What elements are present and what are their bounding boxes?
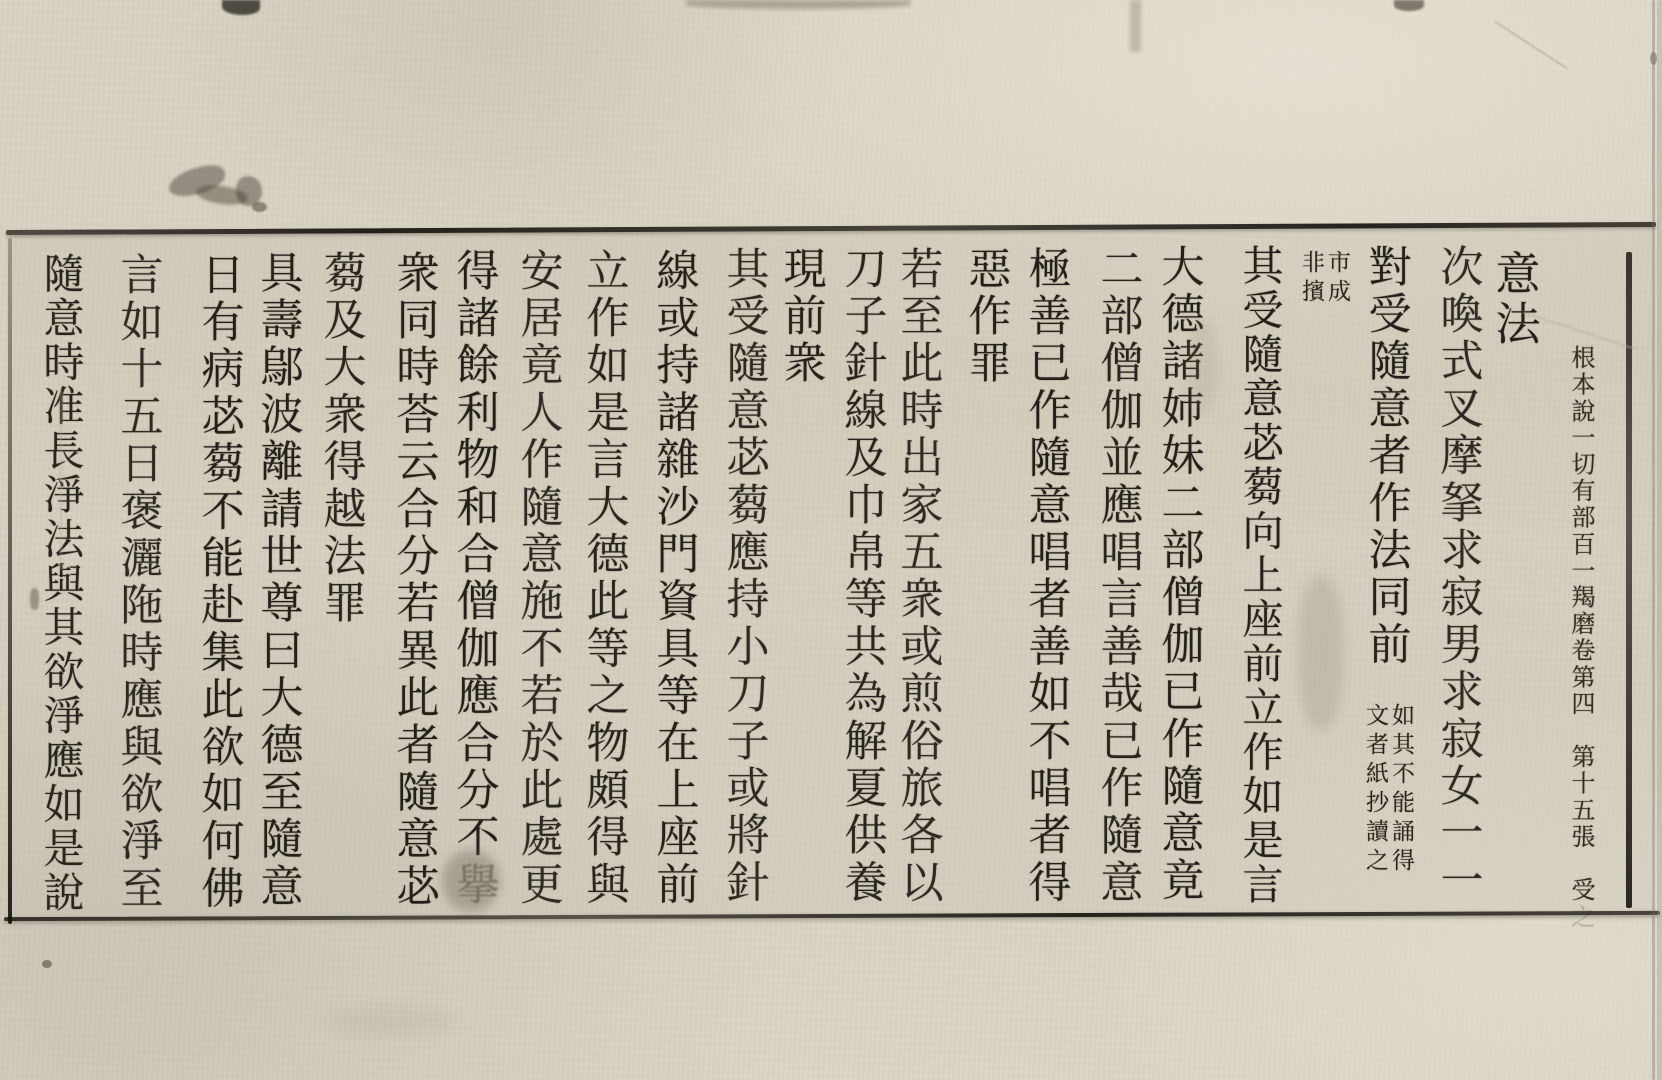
text-column-3: 對受隨意者作法同前 <box>1365 244 1408 669</box>
text-column-20: 蒭及大衆得越法罪 <box>320 250 363 628</box>
section-heading: 意法 <box>1492 250 1537 350</box>
faded-ink-streak <box>1298 575 1344 730</box>
text-column-7: 大德諸姉妹二部僧伽已作隨意竟 <box>1158 244 1201 905</box>
note-sub-column: 非擯 <box>1299 250 1322 308</box>
text-column-19: 衆同時荅云合分若異此者隨意苾 <box>393 250 436 911</box>
ink-speck <box>252 202 267 212</box>
note-sub-column: 如其不能誦得 <box>1389 703 1412 877</box>
note-sub-column: 市成 <box>1325 250 1348 308</box>
text-column-6: 其受隨意苾蒭向上座前立作如是言 <box>1239 244 1280 907</box>
text-column-10: 惡作罪 <box>965 246 1008 388</box>
text-column-18: 得諸餘利物和合僧伽應合分不擧 <box>453 248 496 909</box>
frame-rule-left <box>8 238 12 924</box>
smudged-character: 擧 <box>450 862 500 909</box>
text-column-17: 安居竟人作隨意施不若於此處更 <box>517 248 560 909</box>
text-column-16: 立作如是言大德此等之物頗得與 <box>583 248 626 909</box>
running-title: 根本說一切有部百一羯磨卷第四 第十五張 受之 <box>1569 345 1593 930</box>
text-column-23: 言如十五日褒灑陁時應與欲淨至 <box>117 252 160 913</box>
interlinear-note: 市成非擯 <box>1296 250 1348 308</box>
manuscript-page: 根本說一切有部百一羯磨卷第四 第十五張 受之意法次喚式叉摩拏求寂男求寂女一一對受… <box>0 0 1662 1080</box>
text-column-11: 若至此時出家五衆或煎俗旅各以 <box>897 246 940 907</box>
text-column-14: 其受隨意苾蒭應持小刀子或將針 <box>723 246 766 907</box>
ink-mark-top-edge <box>222 0 260 15</box>
paper-stain <box>326 1006 456 1038</box>
note-sub-column: 文者紙抄讀之 <box>1363 703 1386 877</box>
interlinear-note: 如其不能誦得文者紙抄讀之 <box>1360 703 1412 877</box>
faint-illegible-character: 之 <box>1567 904 1595 931</box>
ink-mark-top-edge <box>1394 0 1424 11</box>
text-column-22: 日有病苾蒭不能赴集此欲如何佛 <box>198 252 241 913</box>
ink-smear <box>166 161 229 200</box>
frame-rule-top <box>6 222 1656 235</box>
text-column-13: 現前衆 <box>780 246 823 388</box>
frame-rule-bottom <box>4 911 1660 921</box>
text-column-12: 刀子針線及巾帛等共為解夏供養 <box>841 246 884 907</box>
text-column-24: 隨意時准長淨法與其欲淨應如是說 <box>40 252 81 915</box>
ink-mark-top-edge <box>686 0 911 9</box>
paper-edge-line <box>1652 0 1655 1080</box>
text-column-8: 二部僧伽並應唱言善哉已作隨意 <box>1097 246 1140 907</box>
ink-speck <box>42 960 52 968</box>
text-column-21: 具壽鄔波離請世尊曰大德至隨意 <box>257 250 300 911</box>
paper-crease <box>1130 0 1141 52</box>
text-column-9: 極善已作隨意唱者善如不唱者得 <box>1025 246 1068 907</box>
frame-rule-right <box>1626 252 1632 908</box>
text-column-2: 次喚式叉摩拏求寂男求寂女一一 <box>1437 244 1480 905</box>
ink-smear <box>236 176 262 206</box>
paper-edge-shadow <box>1657 0 1662 1080</box>
ink-smear <box>195 182 249 207</box>
ink-speck <box>1650 52 1657 65</box>
paper-crease <box>1494 21 1567 70</box>
text-column-15: 線或持諸雜沙門資具等在上座前 <box>653 248 696 909</box>
